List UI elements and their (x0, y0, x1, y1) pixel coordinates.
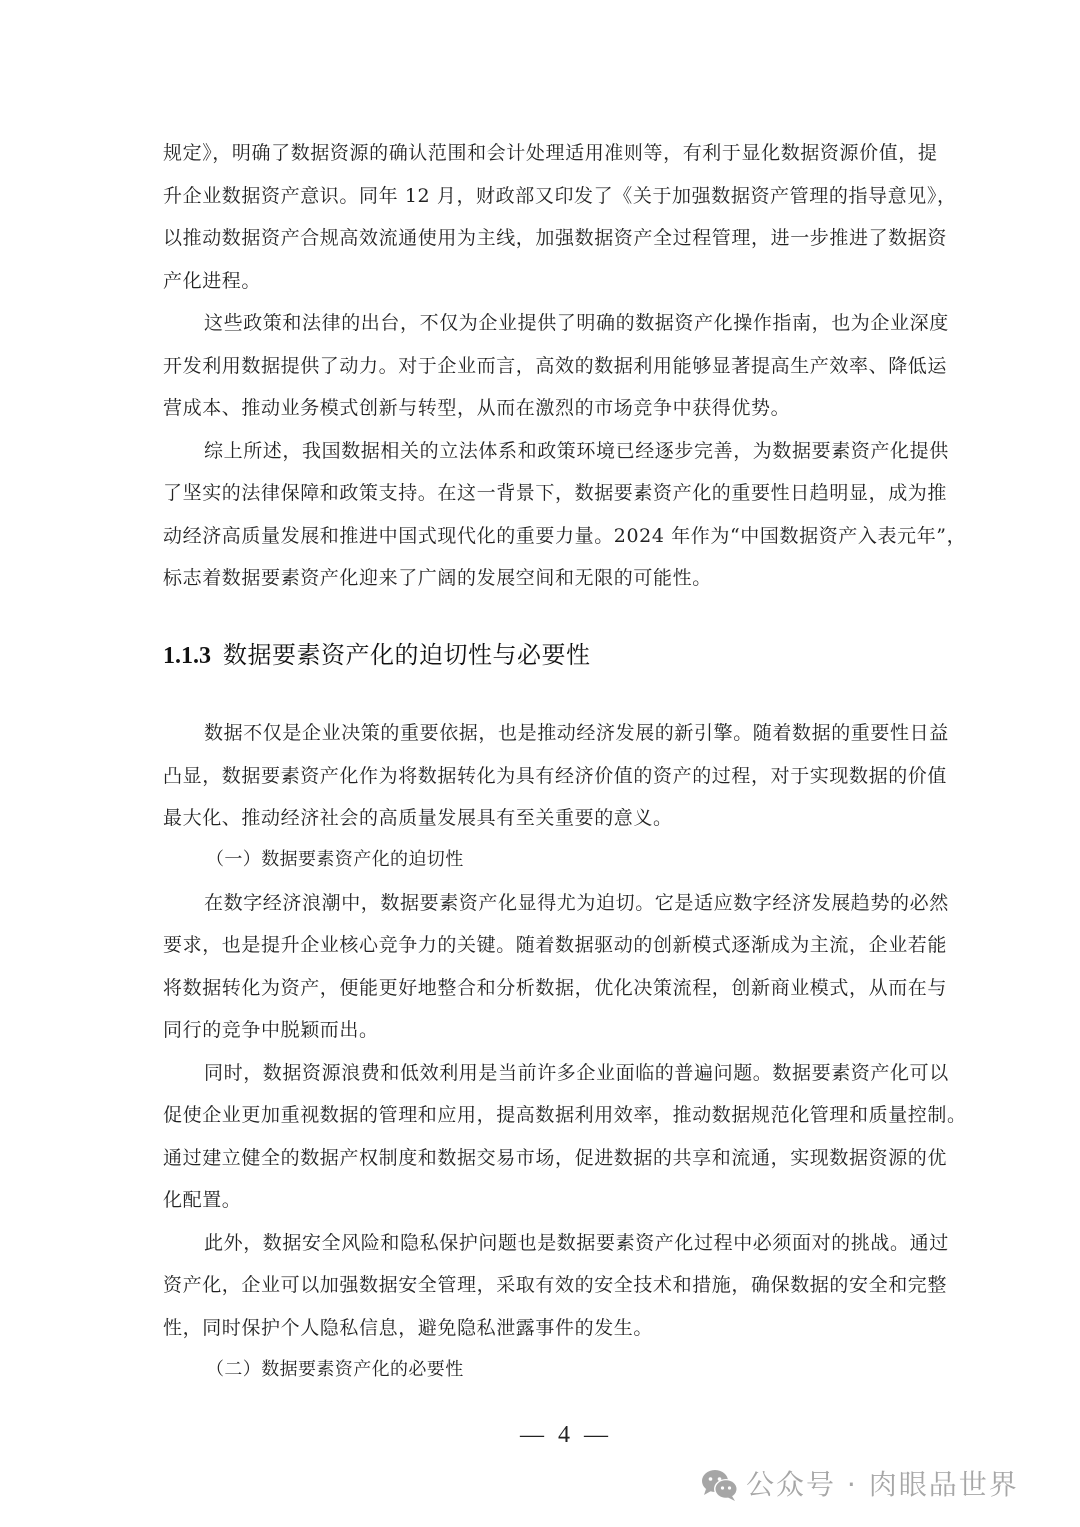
text-line: 开发利用数据提供了动力。对于企业而言，高效的数据利用能够显著提高生产效率、降低运 (163, 354, 919, 378)
text-line: 最大化、推动经济社会的高质量发展具有至关重要的意义。 (163, 806, 919, 830)
section-heading: 1.1.3数据要素资产化的迫切性与必要性 (163, 640, 591, 671)
text-line: 化配置。 (163, 1188, 919, 1212)
section-number: 1.1.3 (163, 643, 211, 669)
text-line: 性，同时保护个人隐私信息，避免隐私泄露事件的发生。 (163, 1316, 919, 1340)
subheading-urgency: （一）数据要素资产化的迫切性 (206, 848, 464, 872)
watermark-text: 公众号 · 肉眼品世界 (746, 1467, 1019, 1503)
text-line: 以推动数据资产合规高效流通使用为主线，加强数据资产全过程管理，进一步推进了数据资 (163, 226, 919, 250)
wechat-icon (700, 1468, 740, 1502)
text-line: 数据不仅是企业决策的重要依据，也是推动经济发展的新引擎。随着数据的重要性日益 (204, 721, 919, 745)
text-line: 资产化，企业可以加强数据安全管理，采取有效的安全技术和措施，确保数据的安全和完整 (163, 1273, 919, 1297)
text-line: 同行的竞争中脱颖而出。 (163, 1018, 919, 1042)
text-line: 规定》，明确了数据资源的确认范围和会计处理适用准则等，有利于显化数据资源价值，提 (163, 141, 919, 165)
text-line: 通过建立健全的数据产权制度和数据交易市场，促进数据的共享和流通，实现数据资源的优 (163, 1146, 919, 1170)
text-line: 将数据转化为资产，便能更好地整合和分析数据，优化决策流程，创新商业模式，从而在与 (163, 976, 919, 1000)
text-line: 综上所述，我国数据相关的立法体系和政策环境已经逐步完善，为数据要素资产化提供 (204, 439, 919, 463)
text-line: 要求，也是提升企业核心竞争力的关键。随着数据驱动的创新模式逐渐成为主流，企业若能 (163, 933, 919, 957)
text-line: 动经济高质量发展和推进中国式现代化的重要力量。2024 年作为“中国数据资产入表… (163, 524, 919, 548)
text-line: 这些政策和法律的出台，不仅为企业提供了明确的数据资产化操作指南，也为企业深度 (204, 311, 919, 335)
text-line: 在数字经济浪潮中，数据要素资产化显得尤为迫切。它是适应数字经济发展趋势的必然 (204, 891, 919, 915)
text-line: 此外，数据安全风险和隐私保护问题也是数据要素资产化过程中必须面对的挑战。通过 (204, 1231, 919, 1255)
text-line: 升企业数据资产意识。同年 12 月，财政部又印发了《关于加强数据资产管理的指导意… (163, 184, 919, 208)
text-line: 产化进程。 (163, 269, 919, 293)
text-line: 营成本、推动业务模式创新与转型，从而在激烈的市场竞争中获得优势。 (163, 396, 919, 420)
text-line: 凸显，数据要素资产化作为将数据转化为具有经济价值的资产的过程，对于实现数据的价值 (163, 764, 919, 788)
text-line: 同时，数据资源浪费和低效利用是当前许多企业面临的普遍问题。数据要素资产化可以 (204, 1061, 919, 1085)
text-line: 了坚实的法律保障和政策支持。在这一背景下，数据要素资产化的重要性日趋明显，成为推 (163, 481, 919, 505)
watermark: 公众号 · 肉眼品世界 (700, 1467, 1019, 1503)
document-page: 规定》，明确了数据资源的确认范围和会计处理适用准则等，有利于显化数据资源价值，提… (0, 0, 1080, 1527)
text-line: 标志着数据要素资产化迎来了广阔的发展空间和无限的可能性。 (163, 566, 919, 590)
page-number: — 4 — (520, 1420, 612, 1450)
text-line: 促使企业更加重视数据的管理和应用，提高数据利用效率，推动数据规范化管理和质量控制… (163, 1103, 919, 1127)
subheading-necessity: （二）数据要素资产化的必要性 (206, 1358, 464, 1382)
section-title: 数据要素资产化的迫切性与必要性 (223, 641, 591, 669)
